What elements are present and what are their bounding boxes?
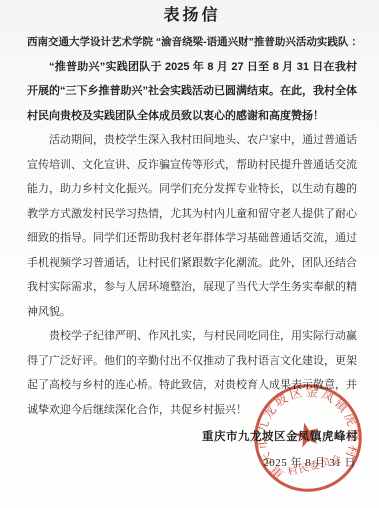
commendation-letter-page: 表扬信 西南交通大学设计艺术学院 “渝音绕梁-语通兴财”推普助兴活动实践队 ： … xyxy=(0,0,379,508)
date-line: 2025 年 8 月 31 日 xyxy=(263,454,356,470)
letter-title: 表扬信 xyxy=(27,6,357,26)
paragraph-activities: 活动期间，贵校学生深入我村田间地头、农户家中，通过普通话宣传培训、文化宣讲、反诈… xyxy=(27,128,357,324)
signature-line: 重庆市九龙坡区金凤镇虎峰村 xyxy=(202,428,358,444)
salutation-line: 西南交通大学设计艺术学院 “渝音绕梁-语通兴财”推普助兴活动实践队 ： xyxy=(27,30,357,55)
paragraph-summary: “推普助兴”实践团队于 2025 年 8 月 27 日至 8 月 31 日在我村… xyxy=(27,55,357,129)
